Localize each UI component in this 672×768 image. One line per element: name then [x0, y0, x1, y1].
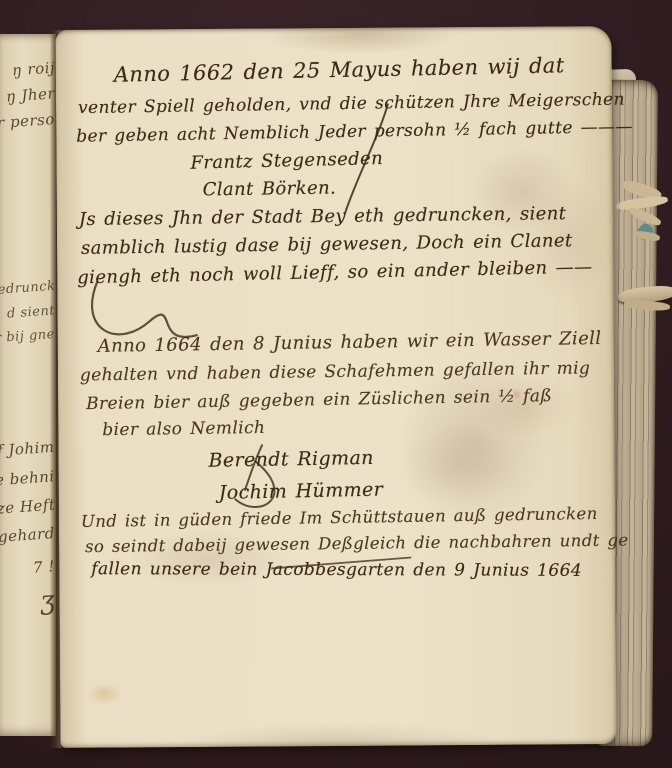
name-line: Clant Börken. — [202, 178, 336, 201]
entry-1664-closing-line: fallen unsere bein Jacobbesgarten den 9 … — [91, 559, 582, 581]
facing-page-edge: ŋ roij ŋ Jher r perso gedrunck d sient r… — [0, 34, 56, 736]
entry-1662-line: giengh eth noch woll Lieff, so ein ander… — [77, 257, 593, 289]
entry-1664-heading: Anno 1664 den 8 Junius haben wir ein Was… — [98, 328, 602, 357]
marginal-text-fragment: gehard — [0, 524, 56, 546]
marginal-text-fragment: r bij gne — [0, 327, 55, 346]
entry-1662-line: ber geben acht Nemblich Jeder persohn ½ … — [76, 117, 633, 147]
manuscript-page: Anno 1662 den 25 Mayus haben wij dat ven… — [56, 26, 617, 748]
entry-1662-line: Js dieses Jhn der Stadt Bey eth gedrunck… — [79, 203, 567, 230]
entry-1664-line: bier also Nemlich — [102, 418, 265, 440]
entry-1662-line: samblich lustig dase bij gewesen, Doch e… — [81, 230, 573, 259]
marginal-text-fragment: ŋ Jher — [5, 84, 55, 105]
signature-name: Berendt Rigman — [208, 447, 374, 472]
signature-name: Jochim Hümmer — [219, 479, 384, 504]
name-line: Frantz Stegenseden — [190, 148, 383, 174]
entry-1664-line: so seindt dabeij gewesen Deßgleich die n… — [85, 531, 629, 557]
marginal-text-fragment: gedrunck — [0, 279, 55, 299]
cord-strand — [616, 194, 669, 211]
marginal-text-fragment: t ze Heft — [0, 496, 56, 519]
entry-1664-line: Breien bier auß gegeben ein Züslichen se… — [86, 386, 552, 414]
marginal-text-fragment: r perso — [0, 110, 56, 132]
frayed-tie-cord — [608, 182, 672, 244]
entry-1662-heading: Anno 1662 den 25 Mayus haben wij dat — [114, 53, 565, 86]
cord-strand — [624, 299, 671, 311]
marginal-text-fragment: She behni — [0, 467, 56, 491]
marginal-text-fragment: d sient — [6, 303, 55, 321]
marginal-text-fragment: ŋ roij — [11, 59, 55, 80]
entry-1662-line: venter Spiell geholden, vnd die schützen… — [78, 90, 625, 119]
marginal-text-fragment: ff Johim — [0, 438, 56, 460]
entry-1664-line: gehalten vnd haben diese Schafehmen gefa… — [80, 358, 591, 385]
manuscript-photo: ŋ roij ŋ Jher r perso gedrunck d sient r… — [0, 0, 672, 768]
swash-flourish — [92, 281, 198, 338]
cord-strand — [634, 230, 661, 242]
entry-1664-line: Und ist in güden friede Im Schüttstauen … — [81, 504, 598, 531]
twisted-tie-cord — [618, 283, 672, 317]
ink-bleedthrough — [398, 357, 549, 528]
